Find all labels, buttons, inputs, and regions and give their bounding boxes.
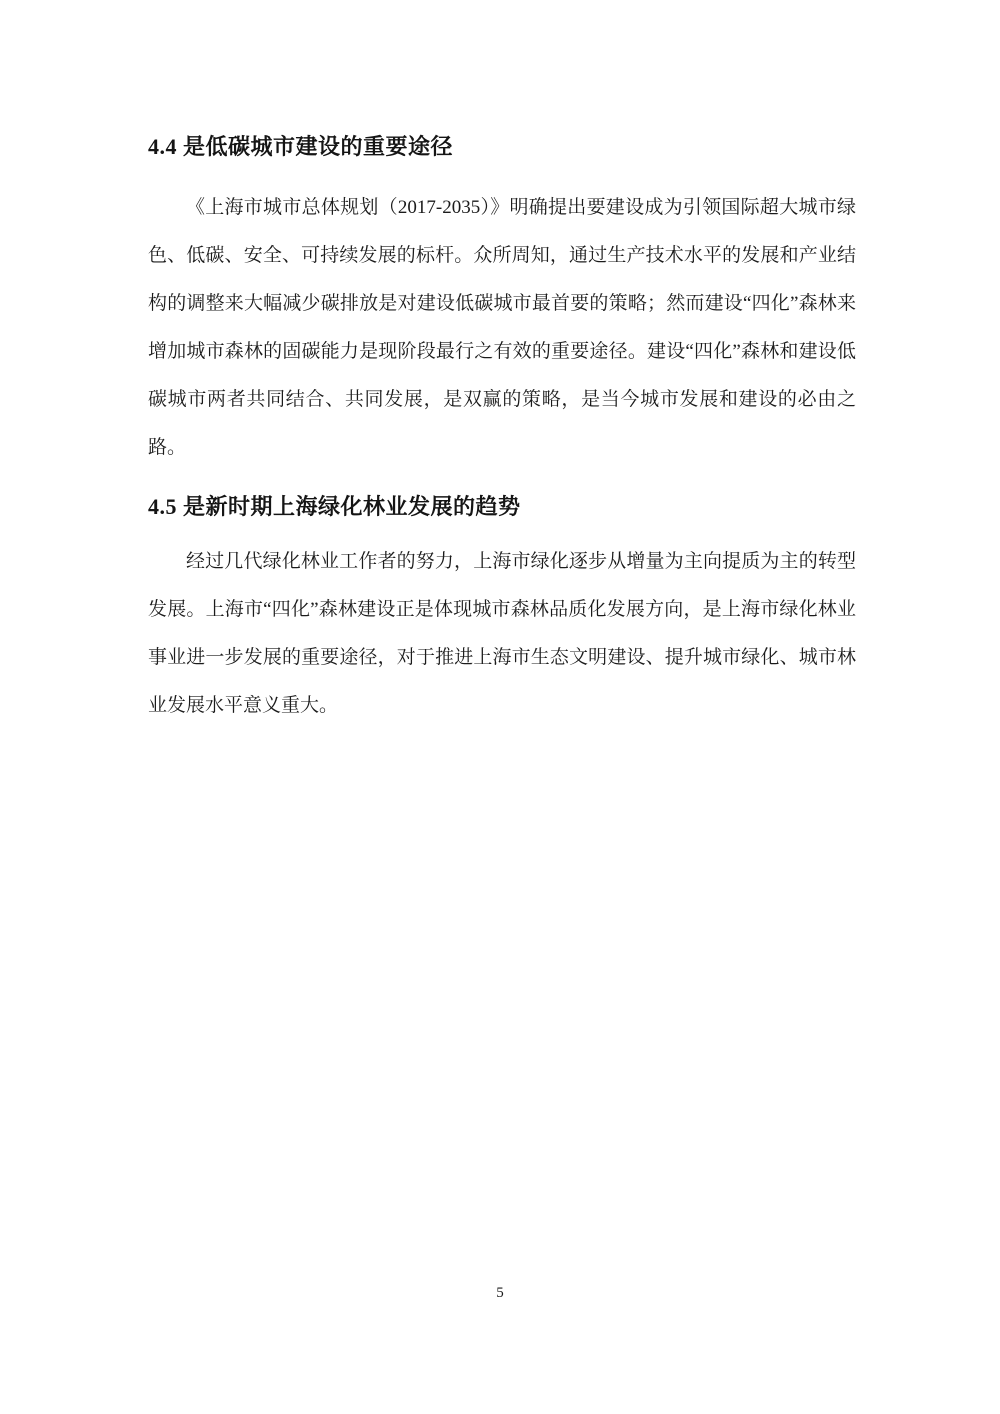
document-content: 4.4 是低碳城市建设的重要途径 《上海市城市总体规划（2017-2035）》明… — [148, 132, 856, 730]
page-number: 5 — [496, 1285, 504, 1301]
section-4-4: 4.4 是低碳城市建设的重要途径 《上海市城市总体规划（2017-2035）》明… — [148, 132, 856, 472]
section-4-4-paragraph: 《上海市城市总体规划（2017-2035）》明确提出要建设成为引领国际超大城市绿… — [148, 184, 856, 472]
section-4-4-heading: 4.4 是低碳城市建设的重要途径 — [148, 132, 856, 162]
document-page: 4.4 是低碳城市建设的重要途径 《上海市城市总体规划（2017-2035）》明… — [0, 0, 1000, 1414]
page-footer: 5 — [0, 1284, 1000, 1302]
section-4-5: 4.5 是新时期上海绿化林业发展的趋势 经过几代绿化林业工作者的努力，上海市绿化… — [148, 492, 856, 730]
section-4-5-heading: 4.5 是新时期上海绿化林业发展的趋势 — [148, 492, 856, 522]
section-4-5-paragraph: 经过几代绿化林业工作者的努力，上海市绿化逐步从增量为主向提质为主的转型发展。上海… — [148, 538, 856, 730]
